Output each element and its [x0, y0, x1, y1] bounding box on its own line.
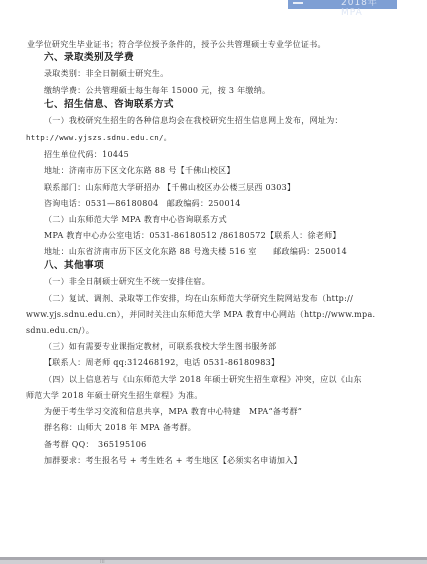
paragraph-line: 招生单位代码：10445: [44, 150, 129, 160]
paragraph-line: （一）非全日制硕士研究生不统一安排住宿。: [44, 277, 210, 287]
paragraph-line: 地址：济南市历下区文化东路 88 号【千佛山校区】: [44, 166, 235, 176]
horizontal-scrollbar[interactable]: ⁞⁞⁞: [0, 557, 427, 564]
banner-text: 2018年MPA: [341, 0, 397, 18]
paragraph-line: 录取类别：非全日制硕士研究生。: [44, 69, 169, 79]
menu-dash-icon: [293, 2, 303, 4]
paragraph-line: 【联系人：周老师 qq:312468192，电话 0531-86180983】: [44, 358, 279, 368]
paragraph-line: 业学位研究生毕业证书；符合学位授予条件的，授予公共管理硕士专业学位证书。: [27, 40, 326, 50]
paragraph-line: 师范大学 2018 年硕士研究生招生章程》为准。: [26, 391, 203, 401]
paragraph-line: （三）如有需要专业课指定教材，可联系我校大学生图书服务部: [44, 342, 276, 352]
paragraph-line: www.yjs.sdnu.edu.cn），并同时关注山东师范大学 MPA 教育中…: [26, 310, 375, 320]
top-banner[interactable]: 2018年MPA: [288, 0, 397, 9]
url-link[interactable]: http://www.yjszs.sdnu.edu.cn/。: [26, 133, 171, 143]
section-heading-7: 七、招生信息、咨询联系方式: [44, 100, 174, 110]
paragraph-line: MPA 教育中心办公室电话：0531-86180512 /86180572【联系…: [44, 231, 341, 241]
paragraph-line: 群名称：山师大 2018 年 MPA 备考群。: [44, 423, 196, 433]
paragraph-line: 加群要求：考生报名号 + 考生姓名 + 考生地区【必须实名申请加入】: [44, 456, 302, 466]
scrollbar-grip-icon: ⁞⁞⁞: [100, 560, 105, 564]
section-heading-6: 六、录取类别及学费: [44, 53, 134, 63]
paragraph-line: 备考群 QQ： 365195106: [44, 440, 147, 450]
paragraph-line: 缴纳学费：公共管理硕士每生每年 15000 元，按 3 年缴纳。: [44, 86, 270, 96]
paragraph-line: 为便于考生学习交流和信息共享，MPA 教育中心特建 MPA“备考群”: [44, 407, 302, 417]
paragraph-line: （二）山东师范大学 MPA 教育中心咨询联系方式: [44, 215, 227, 225]
paragraph-line: 联系部门：山东师范大学研招办 【千佛山校区办公楼三层西 0303】: [44, 183, 295, 193]
section-heading-8: 八、其他事项: [44, 261, 104, 271]
paragraph-line: 咨询电话：0531—86180804 邮政编码：250014: [44, 199, 241, 209]
paragraph-line: 地址：山东省济南市历下区文化东路 88 号逸夫楼 516 室 邮政编码：2500…: [44, 247, 347, 257]
paragraph-line: sdnu.edu.cn/）。: [26, 326, 94, 336]
paragraph-line: （一）我校研究生招生的各种信息均会在我校研究生招生信息网上发布，网址为：: [44, 116, 343, 126]
paragraph-line: （四）以上信息若与《山东师范大学 2018 年硕士研究生招生章程》冲突，应以《山…: [44, 375, 362, 385]
paragraph-line: （二）复试、调剂、录取等工作安排，均在山东师范大学研究生院网站发布（http:/…: [44, 294, 353, 304]
